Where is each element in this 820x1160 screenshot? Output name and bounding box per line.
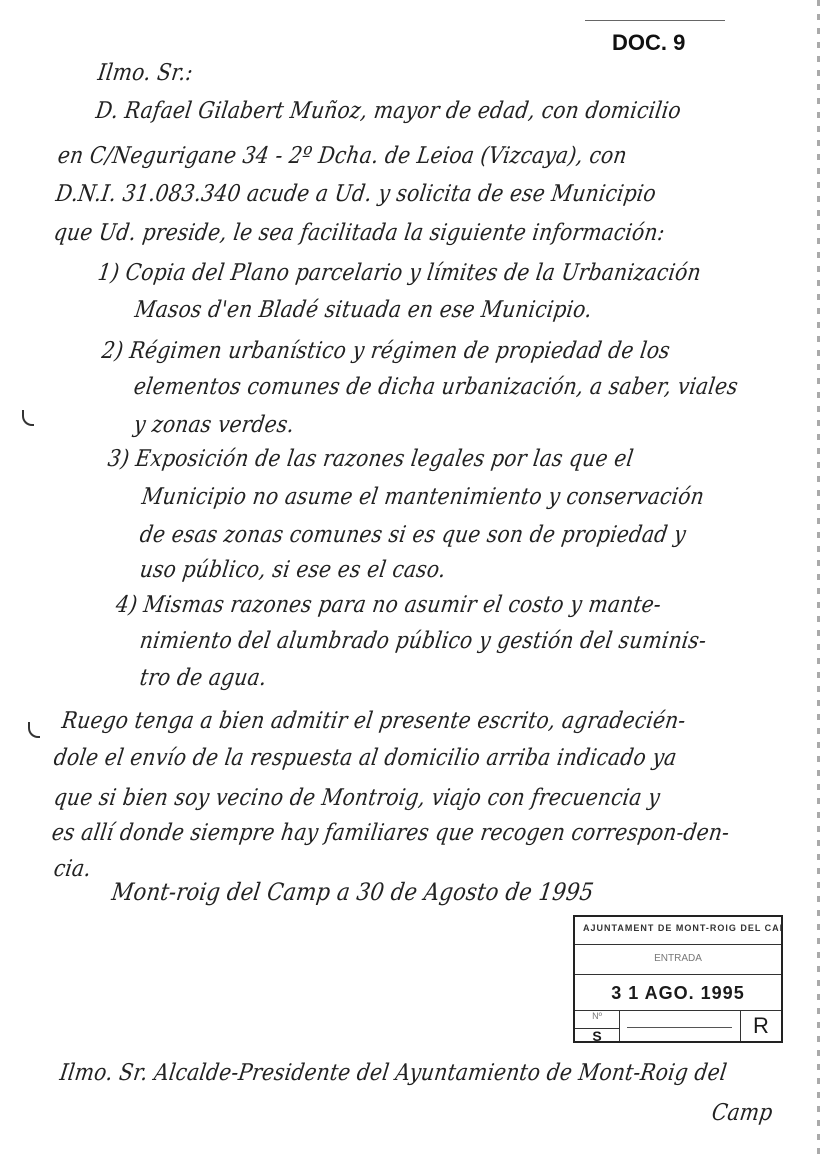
stamp-date: 3 1 AGO. 1995 [575, 975, 781, 1011]
intro-line: que Ud. preside, le sea facilitada la si… [52, 220, 666, 246]
request-item-2-line: elementos comunes de dicha urbanización,… [132, 374, 739, 400]
salutation: Ilmo. Sr.: [96, 60, 194, 86]
closing-line: dole el envío de la respuesta al domicil… [52, 745, 678, 771]
intro-line: D.N.I. 31.083.340 acude a Ud. y solicita… [54, 181, 658, 207]
request-item-3-line: de esas zonas comunes si es que son de p… [138, 522, 687, 548]
stamp-blank-cell [619, 1011, 741, 1041]
stamp-header: AJUNTAMENT DE MONT-ROIG DEL CAMP [575, 917, 781, 945]
request-item-1-line: Masos d'en Bladé situada en ese Municipi… [133, 297, 594, 323]
stamp-letter-r: R [741, 1011, 781, 1041]
intro-line: D. Rafael Gilabert Muñoz, mayor de edad,… [94, 98, 683, 124]
addressee-line: Ilmo. Sr. Alcalde-Presidente del Ayuntam… [58, 1060, 728, 1086]
stamp-number-cell: Nº S [575, 1011, 620, 1041]
scanned-letter-page: DOC. 9 Ilmo. Sr.: D. Rafael Gilabert Muñ… [0, 0, 820, 1160]
stamp-letter-s: S [575, 1028, 619, 1041]
request-item-2-line: 2) Régimen urbanístico y régimen de prop… [100, 338, 672, 364]
margin-bracket-mark [22, 410, 34, 426]
request-item-3-line: uso público, si ese es el caso. [138, 557, 447, 583]
request-item-4-line: tro de agua. [138, 665, 268, 691]
closing-line: es allí donde siempre hay familiares que… [50, 820, 731, 846]
stamp-number-label: Nº [575, 1011, 619, 1029]
stamp-subheader: ENTRADA [575, 945, 781, 975]
request-item-3-line: Municipio no asume el mantenimiento y co… [140, 484, 706, 510]
request-item-4-line: nimiento del alumbrado público y gestión… [138, 628, 708, 654]
place-date: Mont-roig del Camp a 30 de Agosto de 199… [110, 878, 595, 906]
label-rule [585, 20, 725, 21]
request-item-3-line: 3) Exposición de las razones legales por… [106, 446, 635, 472]
stamp-blank-line [627, 1027, 732, 1028]
closing-line: cia. [52, 856, 93, 882]
request-item-1-line: 1) Copia del Plano parcelario y límites … [96, 260, 702, 286]
registry-stamp: AJUNTAMENT DE MONT-ROIG DEL CAMP ENTRADA… [573, 915, 783, 1043]
margin-bracket-mark [28, 722, 40, 738]
addressee-line: Camp [710, 1100, 774, 1126]
stamp-bottom-row: Nº S R [575, 1011, 781, 1041]
intro-line: en C/Negurigane 34 - 2º Dcha. de Leioa (… [56, 143, 628, 169]
request-item-4-line: 4) Mismas razones para no asumir el cost… [114, 592, 663, 618]
closing-line: que si bien soy vecino de Montroig, viaj… [52, 785, 661, 811]
document-label: DOC. 9 [612, 30, 685, 56]
request-item-2-line: y zonas verdes. [132, 412, 296, 438]
closing-line: Ruego tenga a bien admitir el presente e… [60, 708, 687, 734]
